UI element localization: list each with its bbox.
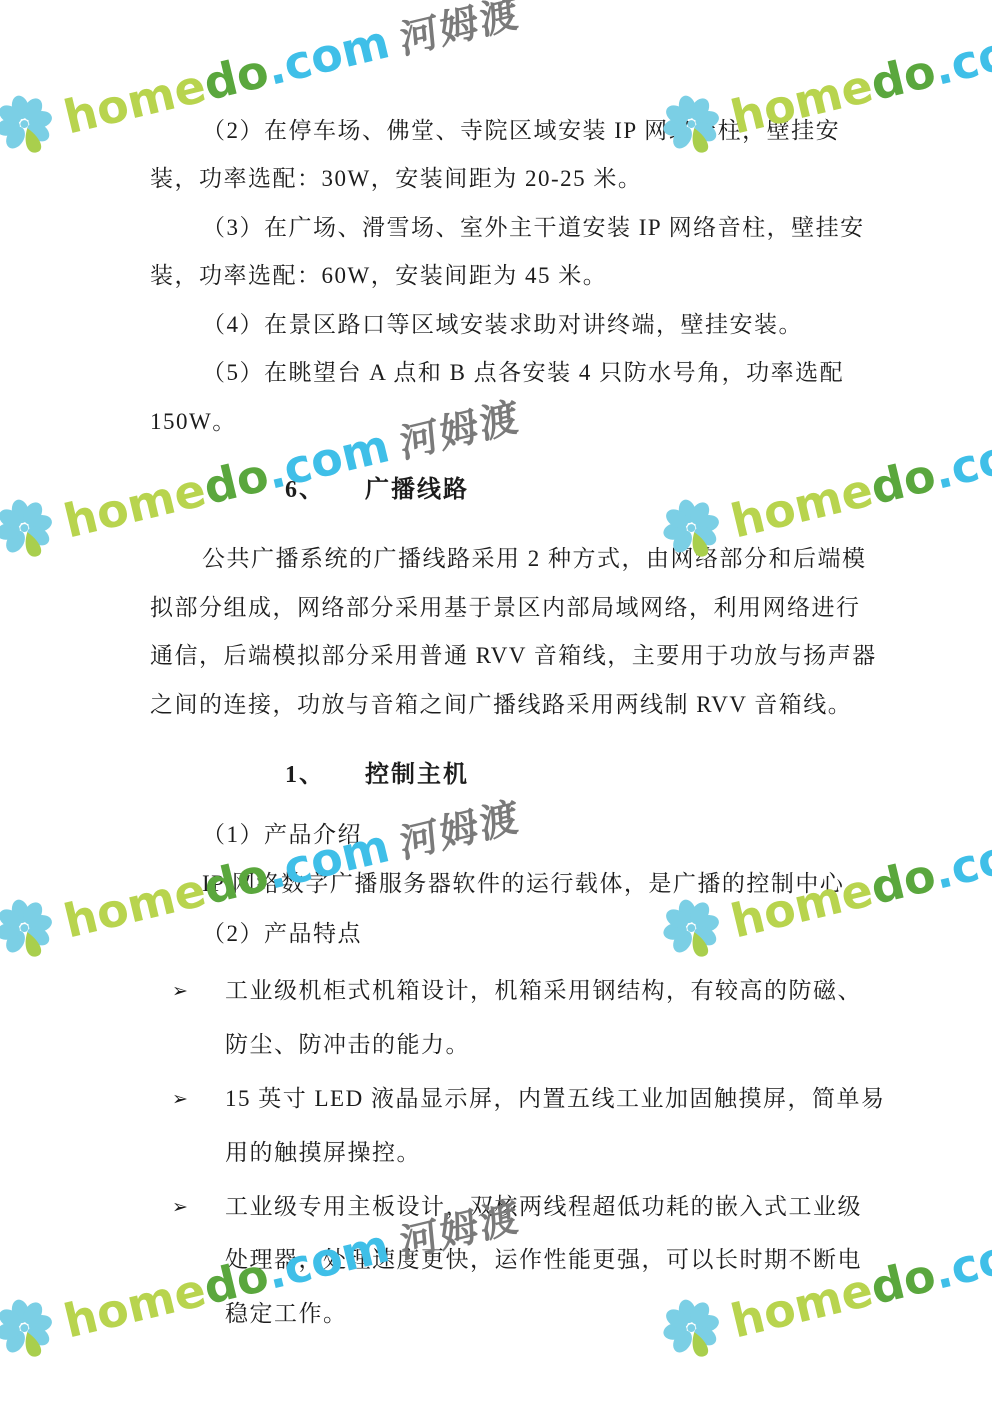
document-line: 装，功率选配：30W，安装间距为 20-25 米。 <box>150 166 642 192</box>
section-title: 控制主机 <box>365 762 469 788</box>
document-line: （2）产品特点 <box>202 921 362 947</box>
document-line: 工业级专用主板设计，双核两线程超低功耗的嵌入式工业级 <box>225 1194 862 1220</box>
document-line: IP 网络数字广播服务器软件的运行载体，是广播的控制中心。 <box>202 871 869 897</box>
document-line: （3）在广场、滑雪场、室外主干道安装 IP 网络音柱，壁挂安 <box>202 215 865 241</box>
document-line: 150W。 <box>150 409 237 435</box>
document-line: （4）在景区路口等区域安装求助对讲终端，壁挂安装。 <box>202 312 803 338</box>
document-line: 工业级机柜式机箱设计，机箱采用钢结构，有较高的防磁、 <box>225 978 862 1004</box>
document-line: 15 英寸 LED 液晶显示屏，内置五线工业加固触摸屏，简单易 <box>225 1086 885 1112</box>
document-line: 拟部分组成，网络部分采用基于景区内部局域网络，利用网络进行 <box>150 595 861 621</box>
section-heading: 1、控制主机 <box>285 762 469 790</box>
document-line: 公共广播系统的广播线路采用 2 种方式，由网络部分和后端模 <box>202 546 867 572</box>
section-number: 1、 <box>285 762 325 788</box>
document-line: 防尘、防冲击的能力。 <box>225 1032 470 1058</box>
document-line: （1）产品介绍 <box>202 822 362 848</box>
document-line: （2）在停车场、佛堂、寺院区域安装 IP 网络音柱，壁挂安 <box>202 118 840 144</box>
document-line: 处理器，处理速度更快，运作性能更强，可以长时期不断电 <box>225 1247 862 1273</box>
document-line: 之间的连接，功放与音箱之间广播线路采用两线制 RVV 音箱线。 <box>150 692 852 718</box>
bullet-arrow-icon: ➢ <box>172 1196 188 1218</box>
document-text-layer: （2）在停车场、佛堂、寺院区域安装 IP 网络音柱，壁挂安 装，功率选配：30W… <box>0 0 992 1403</box>
document-line: 装，功率选配：60W，安装间距为 45 米。 <box>150 263 607 289</box>
document-line: （5）在眺望台 A 点和 B 点各安装 4 只防水号角，功率选配 <box>202 360 844 386</box>
bullet-arrow-icon: ➢ <box>172 1088 188 1110</box>
document-line: 稳定工作。 <box>225 1301 348 1327</box>
document-page: （2）在停车场、佛堂、寺院区域安装 IP 网络音柱，壁挂安 装，功率选配：30W… <box>0 0 992 1403</box>
document-line: 用的触摸屏操控。 <box>225 1140 421 1166</box>
bullet-arrow-icon: ➢ <box>172 980 188 1002</box>
document-line: 通信，后端模拟部分采用普通 RVV 音箱线，主要用于功放与扬声器 <box>150 643 877 669</box>
section-number: 6、 <box>285 477 325 503</box>
section-title: 广播线路 <box>365 477 469 503</box>
section-heading: 6、广播线路 <box>285 477 469 505</box>
